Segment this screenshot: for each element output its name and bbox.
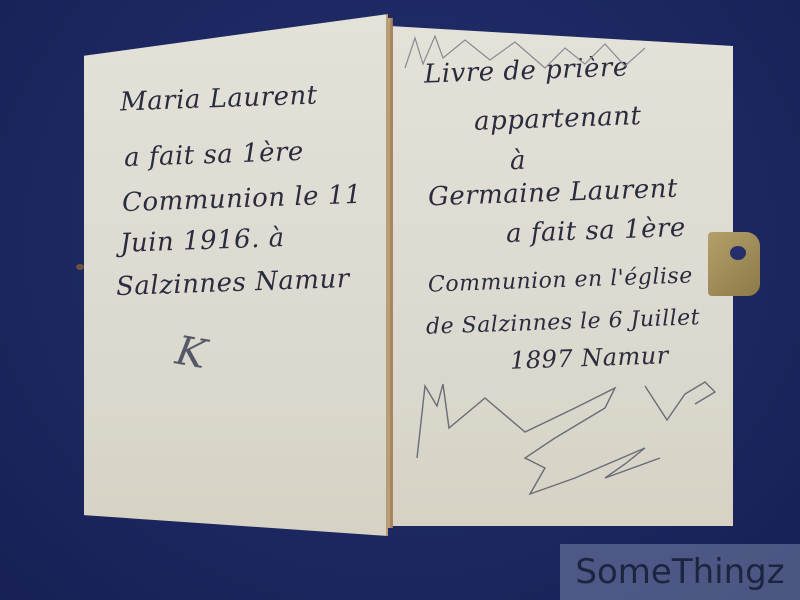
metal-clasp: [708, 232, 760, 296]
inscription-line: a fait sa 1ère: [506, 213, 687, 249]
pencil-scribble: [405, 368, 725, 518]
watermark: SomeThingz: [560, 544, 800, 600]
nail-head: [76, 264, 84, 270]
inscription-line: a fait sa 1ère: [124, 137, 305, 173]
inscription-line: appartenant: [474, 101, 642, 137]
inscription-line: à: [509, 146, 526, 177]
clasp-hole: [730, 246, 746, 260]
pencil-scribble: [395, 28, 735, 88]
inscription-line: Juin 1916. à: [120, 223, 286, 259]
watermark-text: SomeThingz: [575, 552, 784, 592]
